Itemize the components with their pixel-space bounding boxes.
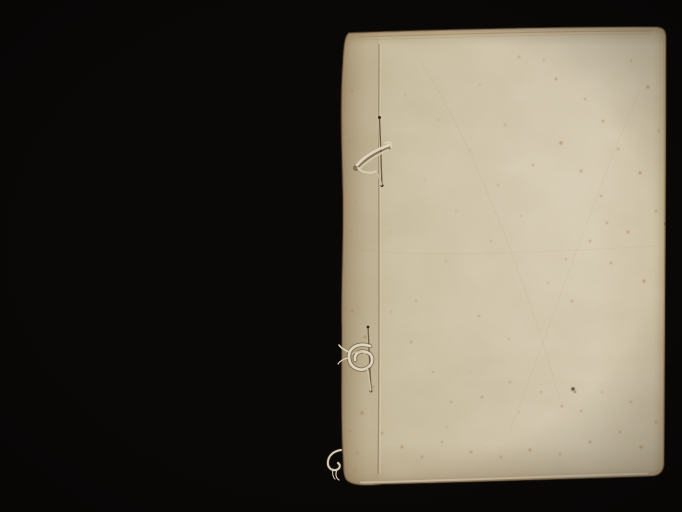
foxing-spot [543,59,545,61]
foxing-spot [658,130,660,132]
foxing-spot [421,456,424,459]
foxing-spot [424,179,426,181]
upper-tacket-hole-top [378,116,381,119]
foxing-spot [415,300,417,302]
book [328,20,675,492]
foxing-spot [559,453,561,455]
foxing-spot [381,432,384,435]
foxing-spot [509,381,511,383]
foxing-spot [640,446,643,449]
foxing-spot [348,140,350,142]
foxing-spot [627,231,630,234]
foxing-spot [589,240,591,242]
foxing-spot [401,446,404,449]
foxing-spot [518,411,520,413]
foxing-spot [500,456,502,458]
foxing-spot [351,90,353,92]
foxing-spot [547,282,549,284]
foxing-spot [360,411,363,414]
book-photo-canvas [0,0,682,512]
foxing-spot [580,410,582,412]
foxing-spot [655,421,658,424]
foxing-spot [619,431,621,433]
foxing-spot [647,86,650,89]
cover-texture [330,20,675,492]
foxing-spot [630,401,632,403]
foxing-spot [559,141,562,144]
foxing-spot [356,452,358,454]
foxing-spot [437,119,439,121]
foxing-spot [364,336,367,339]
foxing-spot [655,210,658,213]
foxing-spot [455,210,457,212]
foxing-spot [580,170,583,173]
foxing-spot [346,280,348,282]
foxing-spot [379,69,381,71]
foxing-spot [508,338,510,340]
foxing-spot [602,120,605,123]
foxing-spot [350,230,352,232]
foxing-spot [351,310,354,313]
foxing-spot [479,84,481,86]
foxing-spot [504,124,506,126]
foxing-spot [529,449,532,452]
foxing-spot [643,280,646,283]
foxing-spot [532,164,534,166]
foxing-spot [354,470,356,472]
foxing-spot [404,94,406,96]
foxing-spot [389,231,391,233]
foxing-spot [610,262,613,265]
foxing-spot [571,387,574,390]
foxing-spot [478,315,480,317]
foxing-spot [571,300,573,302]
foxing-spot [518,56,520,58]
foxing-spot [601,391,603,393]
foxing-spot [589,441,592,444]
foxing-spot [349,430,352,433]
foxing-spot [584,98,586,100]
foxing-spot [561,405,564,408]
foxing-spot [639,172,642,175]
foxing-spot [555,78,558,81]
foxing-spot [432,371,434,373]
foxing-spot [481,396,484,399]
foxing-spot [520,215,522,217]
foxing-spot [490,240,492,242]
foxing-spot [445,260,447,262]
foxing-spot [355,200,357,202]
lower-tacket-hole-top [367,326,370,329]
foxing-spot [617,148,619,150]
foxing-spot [606,222,608,224]
photograph [0,0,682,512]
foxing-spot [446,426,448,428]
foxing-spot [410,341,412,343]
foxing-spot [469,371,471,373]
foxing-spot [441,441,443,443]
foxing-spot [630,60,632,62]
foxing-spot [470,451,473,454]
foxing-spot [565,258,567,260]
foxing-spot [600,195,602,197]
foxing-spot [469,149,471,151]
foxing-spot [540,391,542,393]
foxing-spot [665,223,667,225]
foxing-spot [574,391,576,393]
foxing-spot [450,401,452,403]
foxing-spot [497,184,499,186]
foxing-spot [390,311,392,313]
